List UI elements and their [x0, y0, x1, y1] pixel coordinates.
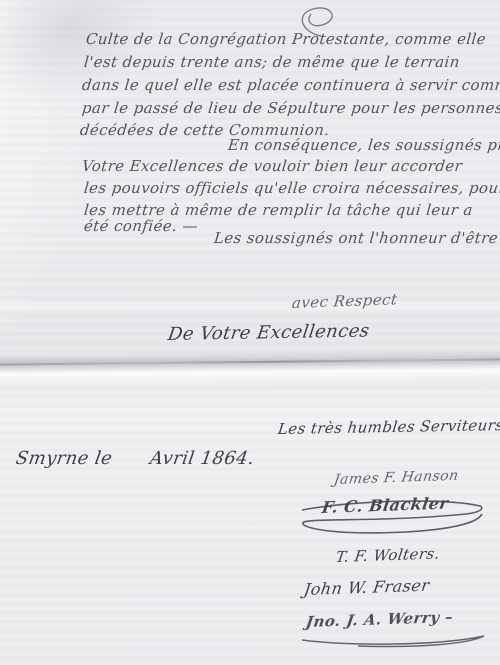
- signature-hanson: James F. Hanson: [333, 468, 460, 488]
- body-line-10: été confiée. —: [83, 217, 199, 235]
- body-line-11: Les soussignés ont l'honneur d'être: [213, 229, 499, 247]
- dateline-date: Avril 1864.: [148, 448, 256, 469]
- signature-fraser: John W. Fraser: [303, 576, 431, 599]
- soft-crease: [0, 300, 500, 314]
- signature-werry: Jno. J. A. Werry –: [305, 608, 455, 631]
- closing-excellence: De Votre Excellences: [167, 320, 371, 345]
- body-line-4: par le passé de lieu de Sépulture pour l…: [81, 99, 500, 117]
- signature-wolters: T. F. Wolters.: [335, 544, 441, 566]
- body-line-1: Culte de la Congrégation Protestante, co…: [85, 30, 487, 48]
- body-line-2: l'est depuis trente ans; de même que le …: [83, 53, 461, 71]
- letter-scan-page: Culte de la Congrégation Protestante, co…: [0, 0, 500, 665]
- werry-flourish-icon: [298, 630, 488, 650]
- body-line-3: dans le quel elle est placée continuera …: [81, 76, 500, 94]
- body-line-7: Votre Excellences de vouloir bien leur a…: [81, 157, 463, 175]
- body-line-6: En conséquence, les soussignés prient: [227, 136, 500, 154]
- dateline-place: Smyrne le: [14, 448, 113, 469]
- closing-servants: Les très humbles Serviteurs: [277, 416, 500, 438]
- fold-crease: [0, 350, 500, 390]
- closing-respect: avec Respect: [291, 290, 398, 312]
- body-line-8: les pouvoirs officiels qu'elle croira né…: [83, 179, 500, 197]
- blackler-flourish-icon: [296, 492, 486, 544]
